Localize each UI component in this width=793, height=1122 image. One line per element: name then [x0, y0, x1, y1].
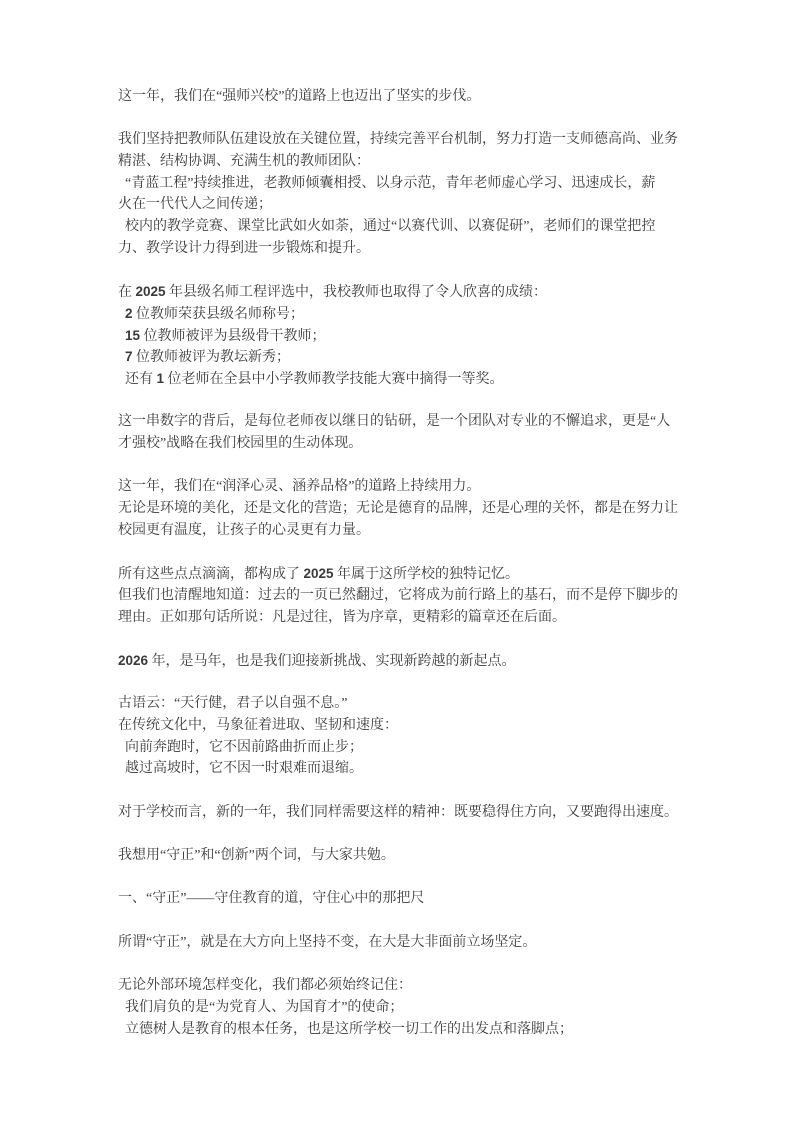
numeral: 7	[125, 349, 133, 364]
numeral: 2025	[304, 566, 334, 581]
text-line: 理由。正如那句话所说：凡是过往，皆为序章，更精彩的篇章还在后面。	[118, 607, 680, 629]
numeral: 2025	[136, 284, 166, 299]
paragraph: 无论外部环境怎样变化，我们都必须始终记住：我们肩负的是“为党育人、为国育才”的使…	[118, 975, 680, 1040]
text-line: 校园更有温度，让孩子的心灵更有力量。	[118, 520, 680, 542]
paragraph: 这一年，我们在“强师兴校”的道路上也迈出了坚实的步伐。	[118, 86, 680, 108]
text-line: 一、“守正”——守住教育的道，守住心中的那把尺	[118, 888, 680, 910]
text-line: “青蓝工程”持续推进，老教师倾囊相授、以身示范，青年老师虚心学习、迅速成长，薪	[118, 173, 680, 195]
text-line: 7 位教师被评为教坛新秀；	[118, 346, 680, 368]
paragraph: 古语云：“天行健，君子以自强不息。”在传统文化中，马象征着进取、坚韧和速度：向前…	[118, 693, 680, 780]
numeral: 15	[125, 328, 140, 343]
text-line: 2 位教师荣获县级名师称号；	[118, 303, 680, 325]
text-line: 所谓“守正”，就是在大方向上坚持不变，在大是大非面前立场坚定。	[118, 932, 680, 954]
numeral: 2	[125, 306, 133, 321]
paragraph: 这一串数字的背后，是每位老师夜以继日的钻研，是一个团队对专业的不懈追求，更是“人…	[118, 411, 680, 454]
text-line: 我们肩负的是“为党育人、为国育才”的使命；	[118, 997, 680, 1019]
text-line: 这一年，我们在“润泽心灵、涵养品格”的道路上持续用力。	[118, 476, 680, 498]
text-line: 在 2025 年县级名师工程评选中，我校教师也取得了令人欣喜的成绩：	[118, 281, 680, 303]
text-line: 我们坚持把教师队伍建设放在关键位置，持续完善平台机制，努力打造一支师德高尚、业务	[118, 129, 680, 151]
paragraph: 所有这些点点滴滴，都构成了 2025 年属于这所学校的独特记忆。但我们也清醒地知…	[118, 563, 680, 628]
text-line: 无论外部环境怎样变化，我们都必须始终记住：	[118, 975, 680, 997]
text-line: 无论是环境的美化，还是文化的营造；无论是德育的品牌，还是心理的关怀，都是在努力让	[118, 498, 680, 520]
paragraph: 2026 年，是马年，也是我们迎接新挑战、实现新跨越的新起点。	[118, 650, 680, 672]
numeral: 1	[157, 371, 165, 386]
text-line: 火在一代代人之间传递；	[118, 194, 680, 216]
text-line: 校内的教学竞赛、课堂比武如火如荼，通过“以赛代训、以赛促研”，老师们的课堂把控	[118, 216, 680, 238]
text-line: 向前奔跑时，它不因前路曲折而止步；	[118, 737, 680, 759]
text-line: 2026 年，是马年，也是我们迎接新挑战、实现新跨越的新起点。	[118, 650, 680, 672]
text-line: 这一年，我们在“强师兴校”的道路上也迈出了坚实的步伐。	[118, 86, 680, 108]
text-line: 15 位教师被评为县级骨干教师；	[118, 325, 680, 347]
paragraph: 在 2025 年县级名师工程评选中，我校教师也取得了令人欣喜的成绩：2 位教师荣…	[118, 281, 680, 389]
text-line: 我想用“守正”和“创新”两个词，与大家共勉。	[118, 845, 680, 867]
text-line: 在传统文化中，马象征着进取、坚韧和速度：	[118, 715, 680, 737]
text-line: 古语云：“天行健，君子以自强不息。”	[118, 693, 680, 715]
text-line: 但我们也清醒地知道：过去的一页已然翻过，它将成为前行路上的基石，而不是停下脚步的	[118, 585, 680, 607]
paragraph: 这一年，我们在“润泽心灵、涵养品格”的道路上持续用力。无论是环境的美化，还是文化…	[118, 476, 680, 541]
text-line: 所有这些点点滴滴，都构成了 2025 年属于这所学校的独特记忆。	[118, 563, 680, 585]
text-line: 还有 1 位老师在全县中小学教师教学技能大赛中摘得一等奖。	[118, 368, 680, 390]
text-line: 精湛、结构协调、充满生机的教师团队：	[118, 151, 680, 173]
paragraph: 对于学校而言，新的一年，我们同样需要这样的精神：既要稳得住方向，又要跑得出速度。	[118, 802, 680, 824]
document-page: 这一年，我们在“强师兴校”的道路上也迈出了坚实的步伐。我们坚持把教师队伍建设放在…	[0, 0, 793, 1122]
paragraph: 一、“守正”——守住教育的道，守住心中的那把尺	[118, 888, 680, 910]
paragraph: 我想用“守正”和“创新”两个词，与大家共勉。	[118, 845, 680, 867]
text-line: 对于学校而言，新的一年，我们同样需要这样的精神：既要稳得住方向，又要跑得出速度。	[118, 802, 680, 824]
text-line: 越过高坡时，它不因一时艰难而退缩。	[118, 758, 680, 780]
text-line: 这一串数字的背后，是每位老师夜以继日的钻研，是一个团队对专业的不懈追求，更是“人	[118, 411, 680, 433]
document-body: 这一年，我们在“强师兴校”的道路上也迈出了坚实的步伐。我们坚持把教师队伍建设放在…	[118, 86, 680, 1040]
numeral: 2026	[118, 653, 148, 668]
paragraph: 所谓“守正”，就是在大方向上坚持不变，在大是大非面前立场坚定。	[118, 932, 680, 954]
text-line: 立德树人是教育的根本任务，也是这所学校一切工作的出发点和落脚点；	[118, 1019, 680, 1041]
text-line: 才强校”战略在我们校园里的生动体现。	[118, 433, 680, 455]
text-line: 力、教学设计力得到进一步锻炼和提升。	[118, 238, 680, 260]
paragraph: 我们坚持把教师队伍建设放在关键位置，持续完善平台机制，努力打造一支师德高尚、业务…	[118, 129, 680, 259]
